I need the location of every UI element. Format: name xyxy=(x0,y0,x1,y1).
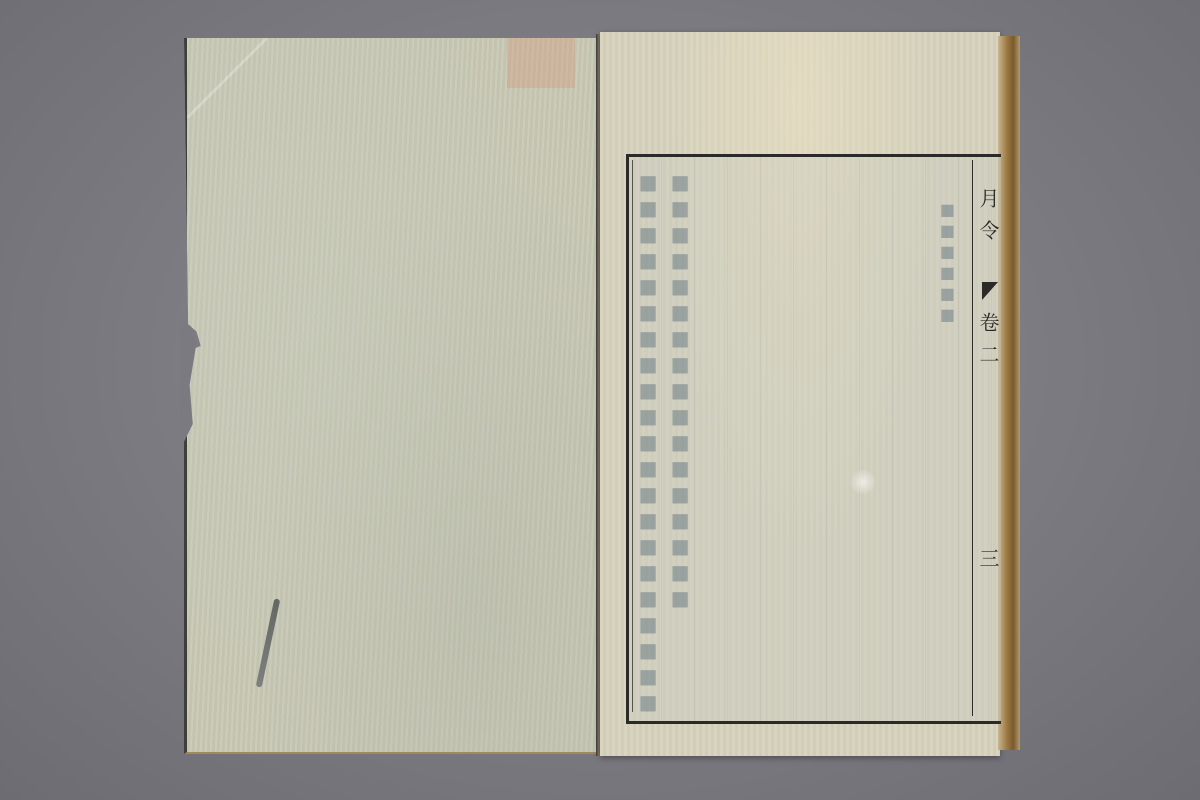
inner-rule-line xyxy=(632,160,633,712)
paper-blemish xyxy=(848,470,878,494)
fore-edge-page-number: 三 xyxy=(974,548,1003,568)
fore-edge-volume-1: 卷 xyxy=(974,312,1003,332)
show-through-column: ■■■■■■■■■■■■■■■■■■■■■ xyxy=(638,170,658,716)
fore-edge-volume-2: 二 xyxy=(974,344,1003,364)
open-book: ■■■■■■■■■■■■■■■■■■■■■ ■■■■■■■■■■■■■■■■■ … xyxy=(180,30,1020,760)
stained-fore-edge xyxy=(998,36,1020,750)
left-page xyxy=(184,38,601,754)
show-through-column: ■■■■■■ xyxy=(940,200,956,326)
corner-fold-crease xyxy=(187,38,267,118)
fore-edge-title-2: 令 xyxy=(974,220,1003,240)
fore-edge-column xyxy=(972,160,999,716)
ink-smudge xyxy=(256,598,281,687)
show-through-column: ■■■■■■■■■■■■■■■■■ xyxy=(670,170,690,612)
faint-red-seal-mark xyxy=(507,30,575,88)
fore-edge-title-1: 月 xyxy=(974,188,1003,208)
fish-tail-mark-icon xyxy=(982,282,998,300)
